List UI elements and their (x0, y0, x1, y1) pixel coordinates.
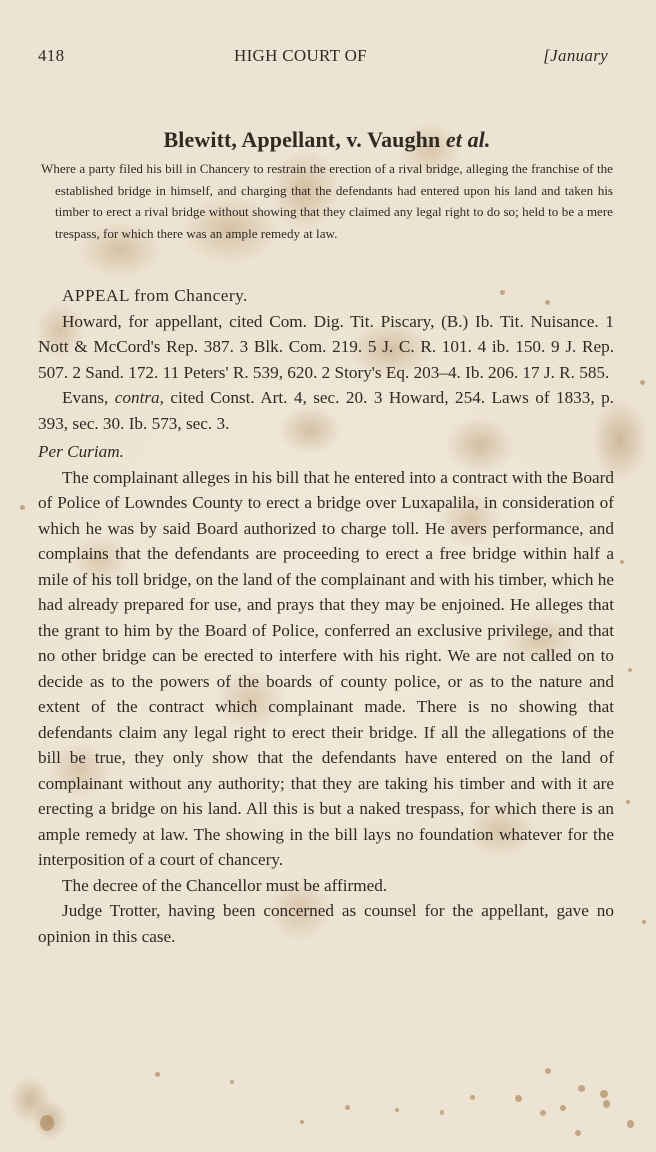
running-head-title: HIGH COURT OF (234, 46, 367, 66)
running-head: 418 HIGH COURT OF [January (38, 46, 616, 68)
headnote-text: Where a party filed his bill in Chancery… (41, 158, 613, 244)
headnote: Where a party filed his bill in Chancery… (41, 158, 613, 244)
appeal-line: APPEAL from Chancery. (38, 283, 614, 309)
decree-line: The decree of the Chancellor must be aff… (38, 873, 614, 899)
recusal-note: Judge Trotter, having been concerned as … (38, 898, 614, 949)
appellant-citations: Howard, for appellant, cited Com. Dig. T… (38, 309, 614, 386)
appellee-counsel: Evans, (62, 388, 108, 407)
per-curiam-heading: Per Curiam. (38, 439, 614, 465)
appellee-citations: Evans, contra, cited Const. Art. 4, sec.… (38, 385, 614, 436)
case-title-parties: Blewitt, Appellant, v. Vaughn (164, 127, 441, 152)
case-title-et-al: et al. (446, 127, 491, 152)
running-head-month: [January (543, 46, 608, 66)
opinion-body: APPEAL from Chancery. Howard, for appell… (38, 283, 614, 949)
case-title: Blewitt, Appellant, v. Vaughn et al. (38, 127, 616, 153)
opinion-text: The complainant alleges in his bill that… (38, 465, 614, 873)
page-number: 418 (38, 46, 64, 66)
contra-label: contra, (115, 388, 164, 407)
